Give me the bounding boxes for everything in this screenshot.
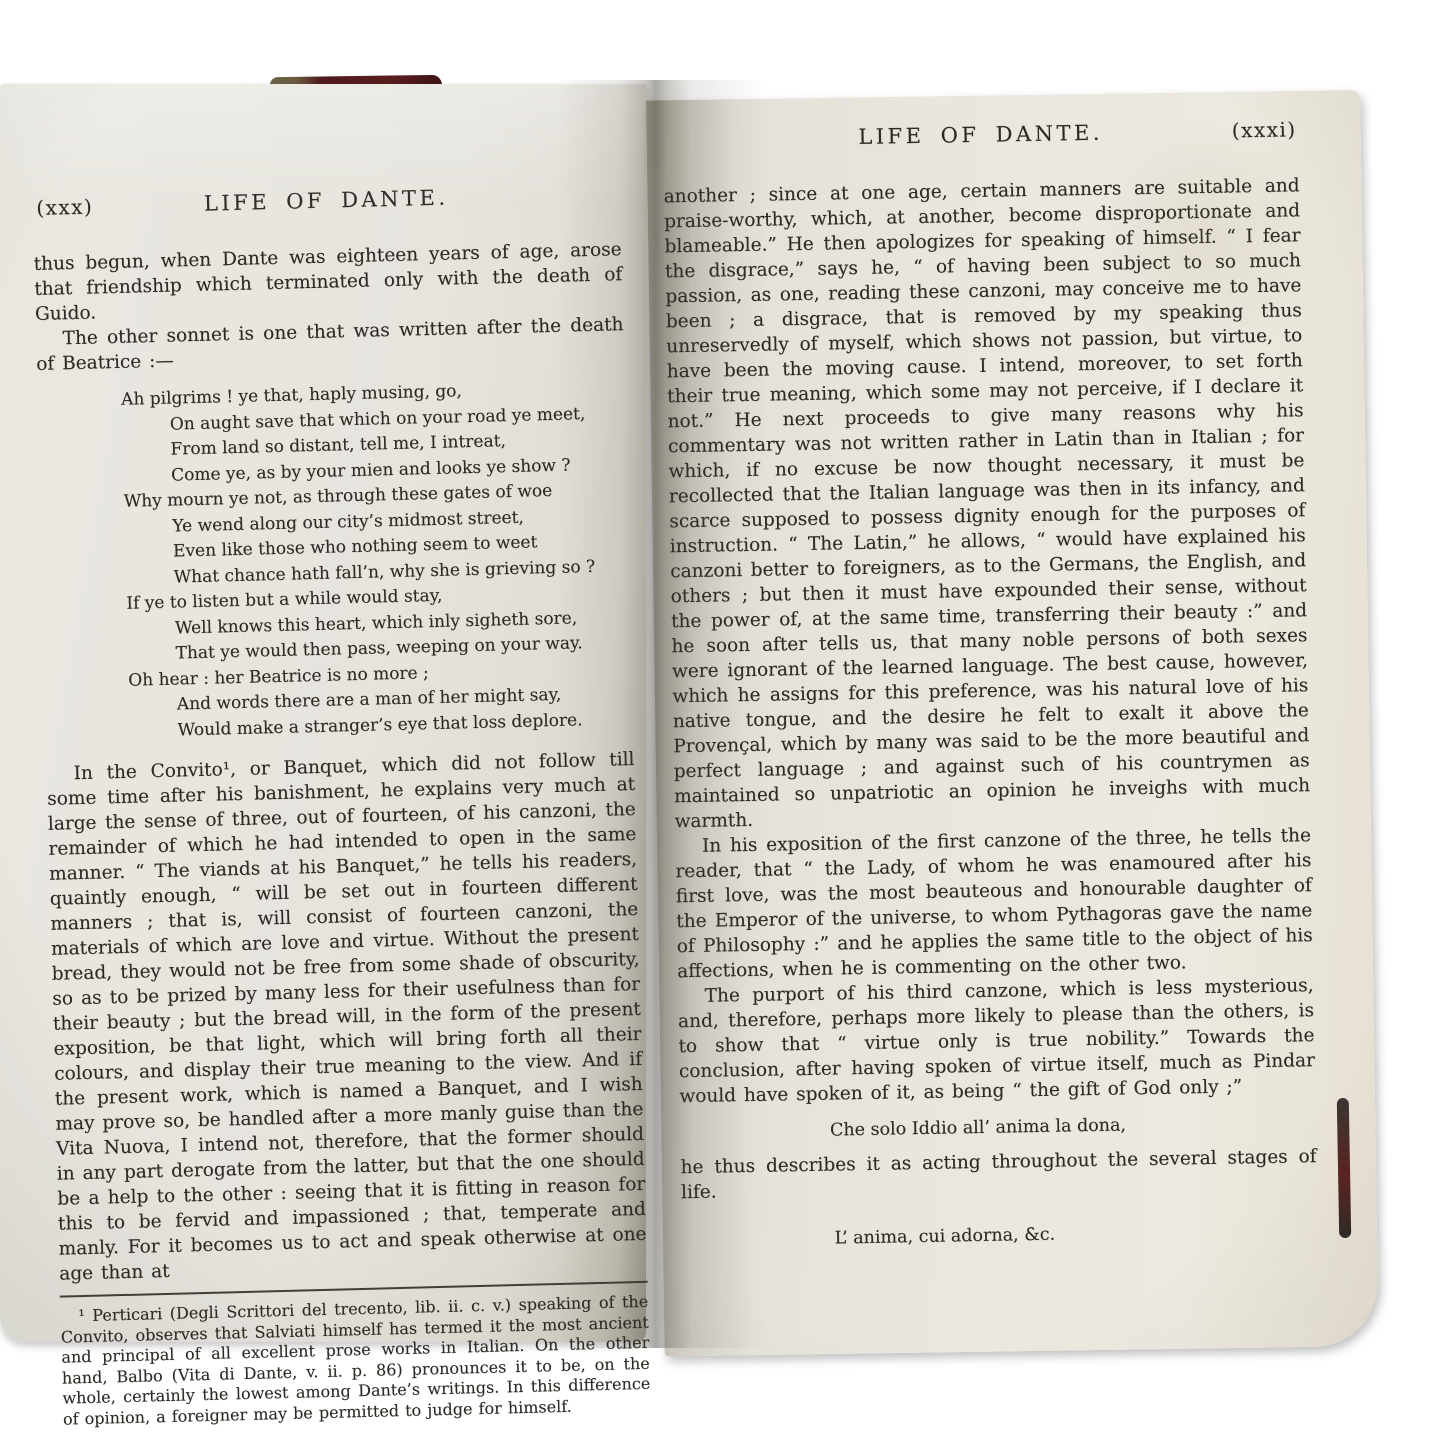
paragraph: In his exposition of the first canzone o…: [675, 823, 1314, 984]
italian-quote-line: Che solo Iddio all’ anima la dona,: [680, 1111, 1276, 1145]
page-number: (xxxi): [1232, 117, 1297, 142]
book-cover-edge-right: [1337, 1098, 1351, 1238]
right-page-header: LIFE OF DANTE. (xxxi): [662, 117, 1298, 162]
left-page-header: (xxx) LIFE OF DANTE.: [32, 181, 621, 230]
footnote: ¹ Perticari (Degli Scrittori del trecent…: [60, 1292, 651, 1430]
running-title: LIFE OF DANTE.: [662, 117, 1298, 152]
paragraph: In the Convito¹, or Banquet, which did n…: [46, 747, 647, 1287]
italian-quote-line: L’ anima, cui adorna, &c.: [682, 1220, 1208, 1253]
left-page-content: (xxx) LIFE OF DANTE. thus begun, when Da…: [32, 181, 651, 1429]
sonnet-poem: Ah pilgrims ! ye that, haply musing, go,…: [121, 375, 634, 745]
paragraph: another ; since at one age, certain mann…: [663, 173, 1310, 834]
page-number: (xxx): [36, 194, 94, 219]
right-page-content: LIFE OF DANTE. (xxxi) another ; since at…: [662, 117, 1318, 1253]
running-title: LIFE OF DANTE.: [32, 181, 620, 220]
paragraph: he thus describes it as acting throughou…: [680, 1144, 1317, 1205]
right-page: LIFE OF DANTE. (xxxi) another ; since at…: [646, 90, 1379, 1356]
left-page: (xxx) LIFE OF DANTE. thus begun, when Da…: [0, 84, 646, 1342]
paragraph: The purport of his third canzone, which …: [677, 973, 1315, 1109]
open-book-photo: (xxx) LIFE OF DANTE. thus begun, when Da…: [0, 0, 1445, 1445]
